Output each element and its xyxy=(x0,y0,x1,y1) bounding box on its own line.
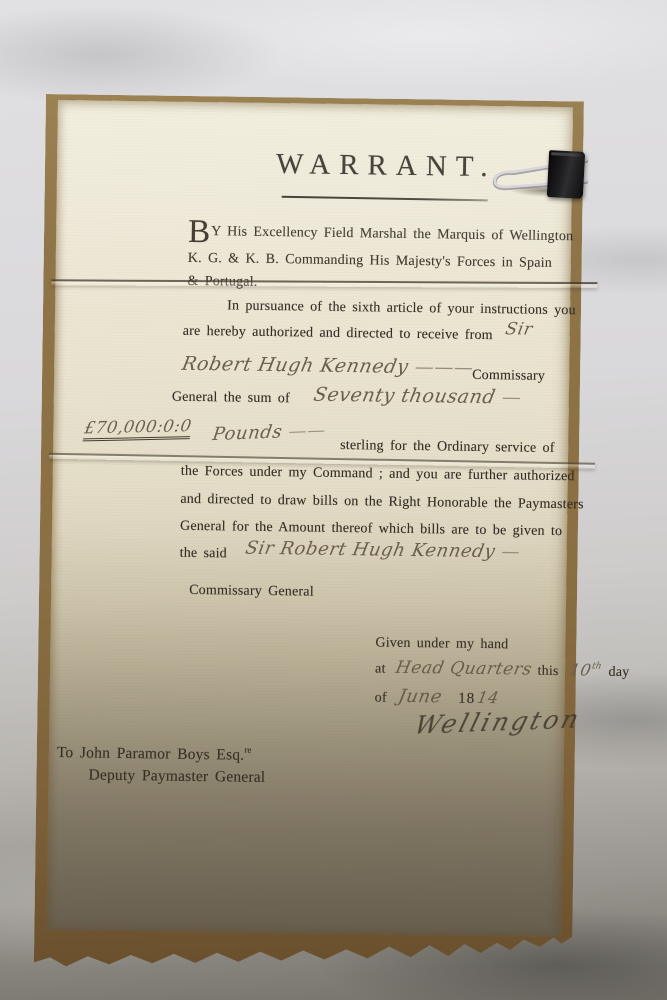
wellington-signature: Wellington xyxy=(411,704,585,740)
body-line-5-printed: the said xyxy=(180,546,227,563)
document-title: WARRANT. xyxy=(276,148,497,184)
printed-commissary: Commissary xyxy=(472,368,545,385)
handwritten-day-number: 10th xyxy=(568,660,603,679)
handwritten-head-quarters: Head Quarters xyxy=(393,658,533,680)
handwritten-margin-amount: £70,000:0:0 xyxy=(83,416,193,437)
title-underline-rule xyxy=(282,196,488,202)
commissary-general-line: Commissary General xyxy=(189,583,314,601)
drop-cap-initial: B xyxy=(188,214,212,250)
printed-this: this xyxy=(537,664,558,679)
handwritten-sir: Sir xyxy=(504,319,535,339)
body-line-1: sterling for the Ordinary service of xyxy=(340,438,555,457)
handwritten-dash: ——— xyxy=(413,356,476,379)
handwritten-dash: — xyxy=(500,541,523,562)
warrant-sheet: WARRANT. BY His Excellency Field Marshal… xyxy=(46,100,573,937)
paper-fold-seam-upper xyxy=(51,279,597,288)
body-line-3: and directed to draw bills on the Right … xyxy=(180,492,583,514)
handwritten-said-name: Sir Robert Hugh Kennedy — xyxy=(244,538,523,563)
printed-of: of xyxy=(375,690,387,705)
preamble-line-1: BY His Excellency Field Marshal the Marq… xyxy=(188,222,573,247)
instruction-line-2: are hereby authorized and directed to re… xyxy=(183,324,493,344)
date-line-1: at Head Quarters this 10th day xyxy=(375,657,630,681)
handwritten-recipient-name: Robert Hugh Kennedy ——— xyxy=(180,353,476,379)
printed-year-18: 18 xyxy=(458,691,475,707)
day-suffix-superscript: th xyxy=(591,662,602,672)
instruction-line-1: In pursuance of the sixth article of you… xyxy=(227,298,576,319)
preamble-line-2: K. G. & K. B. Commanding His Majesty's F… xyxy=(188,251,552,272)
printed-general-the-sum-of: General the sum of xyxy=(172,390,290,408)
addressee-line-1: To John Paramor Boys Esq.re xyxy=(57,742,252,765)
handwritten-sum-words: Seventy thousand — xyxy=(312,384,524,409)
date-line-2: of June 1814 xyxy=(375,685,497,708)
handwritten-dash: —— xyxy=(287,420,327,443)
binder-clip-body xyxy=(547,150,585,199)
handwritten-year-14: 14 xyxy=(475,688,500,707)
handwritten-dash: — xyxy=(500,386,524,408)
esquire-superscript: re xyxy=(244,745,251,755)
given-under-hand-line: Given under my hand xyxy=(375,635,508,653)
body-line-4: General for the Amount thereof which bil… xyxy=(180,519,562,540)
printed-day: day xyxy=(608,665,629,680)
handwritten-pounds: Pounds —— xyxy=(211,420,327,445)
printed-at: at xyxy=(375,661,386,676)
photograph-of-warrant-document: WARRANT. BY His Excellency Field Marshal… xyxy=(0,0,667,1000)
addressee-line-2: Deputy Paymaster General xyxy=(88,766,265,786)
handwritten-month: June xyxy=(397,686,444,708)
